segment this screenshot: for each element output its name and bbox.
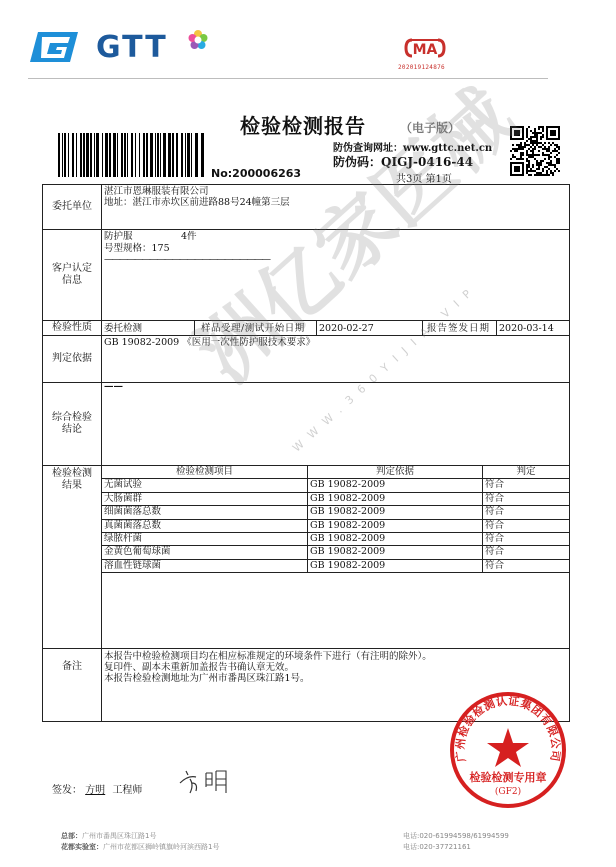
sample-name: 防护服	[104, 231, 133, 242]
result-basis: GB 19082-2009	[307, 546, 482, 558]
report-title: 检验检测报告	[240, 110, 366, 139]
sample-label: 客户认定信息	[43, 230, 102, 320]
remarks-label: 备注	[43, 649, 102, 721]
inspection-row: 检验性质 委托检测 样品受理/测试开始日期 2020-02-27 报告签发日期 …	[43, 321, 569, 336]
result-basis: GB 19082-2009	[307, 560, 482, 572]
results-table: 检验检测项目 判定依据 判定 无菌试验GB 19082-2009符合大肠菌群GB…	[102, 466, 569, 573]
official-seal-icon: 广州检验检测认证集团有限公司 检验检测专用章 (GF2)	[448, 690, 568, 810]
client-company: 湛江市恩琳服装有限公司	[104, 186, 209, 197]
svg-text:MA: MA	[413, 42, 438, 58]
conclusion-label: 综合检验结论	[43, 383, 102, 465]
inspection-type-value: 委托检测	[104, 323, 142, 334]
hq-address: 广州市番禺区珠江路1号	[82, 832, 156, 840]
lab-label: 花都实验室：	[61, 843, 103, 851]
client-row: 委托单位 湛江市恩琳服装有限公司 地址：湛江市赤坎区前进路88号24幢第三层	[43, 185, 569, 230]
lab-phone: 电话:020-37721161	[403, 842, 471, 852]
divider	[316, 321, 317, 335]
basis-label: 判定依据	[43, 336, 102, 382]
basis-value: GB 19082-2009 《医用一次性防护服技术要求》	[104, 337, 315, 348]
divider	[194, 321, 195, 335]
result-verdict: 符合	[482, 506, 569, 518]
doc-no-label: No:	[211, 167, 232, 180]
header-divider	[274, 78, 548, 79]
cma-number: 202019124876	[398, 64, 445, 71]
result-basis: GB 19082-2009	[307, 493, 482, 505]
verify-code-value: QIGJ-0416-44	[381, 155, 473, 169]
sample-spec: 号型规格：175	[104, 243, 170, 254]
client-address: 地址：湛江市赤坎区前进路88号24幢第三层	[104, 197, 290, 208]
header-divider	[28, 78, 274, 79]
table-row: 细菌菌落总数GB 19082-2009符合	[102, 506, 569, 519]
document-number: No:200006263	[211, 167, 301, 180]
result-verdict: 符合	[482, 546, 569, 558]
brand-name: GTT	[96, 30, 168, 65]
results-label: 检验检测结果	[43, 466, 102, 648]
result-basis: GB 19082-2009	[307, 533, 482, 545]
result-basis: GB 19082-2009	[307, 506, 482, 518]
header-verdict: 判定	[482, 466, 569, 478]
flower-logo-icon	[188, 30, 208, 50]
start-date-value: 2020-02-27	[319, 323, 374, 334]
result-verdict: 符合	[482, 493, 569, 505]
result-item: 绿脓杆菌	[102, 533, 309, 545]
signoff-label: 签发：	[52, 785, 82, 796]
signoff-title: 工程师	[112, 785, 142, 796]
remark-line: 本报告中检验检测项目均在相应标准规定的环境条件下进行（有注明的除外）。	[104, 651, 432, 662]
footer-lab: 花都实验室：广州市花都区狮岭镇旗岭河滨西路1号	[61, 842, 219, 852]
lab-address: 广州市花都区狮岭镇旗岭河滨西路1号	[103, 843, 219, 851]
result-item: 大肠菌群	[102, 493, 309, 505]
conclusion-row: 综合检验结论 ——	[43, 383, 569, 466]
report-table: 委托单位 湛江市恩琳服装有限公司 地址：湛江市赤坎区前进路88号24幢第三层 客…	[42, 184, 570, 722]
result-item: 真菌菌落总数	[102, 520, 309, 532]
issue-date-label: 报告签发日期	[427, 323, 490, 334]
svg-text:检验检测专用章: 检验检测专用章	[470, 770, 547, 784]
results-row: 检验检测结果 检验检测项目 判定依据 判定 无菌试验GB 19082-2009符…	[43, 466, 569, 649]
edition-label: （电子版）	[400, 119, 460, 136]
result-basis: GB 19082-2009	[307, 520, 482, 532]
result-verdict: 符合	[482, 533, 569, 545]
result-item: 溶血性链球菌	[102, 560, 309, 572]
signoff-name: 方明	[85, 785, 105, 796]
results-header: 检验检测项目 判定依据 判定	[102, 466, 569, 479]
table-row: 无菌试验GB 19082-2009符合	[102, 479, 569, 492]
footer-hq: 总部：广州市番禺区珠江路1号	[61, 831, 156, 841]
result-basis: GB 19082-2009	[307, 479, 482, 491]
table-row: 真菌菌落总数GB 19082-2009符合	[102, 520, 569, 533]
sample-quantity: 4件	[181, 231, 197, 242]
client-label: 委托单位	[43, 185, 102, 229]
divider	[422, 321, 423, 335]
svg-text:(GF2): (GF2)	[495, 786, 521, 797]
remark-line: 本报告检验检测地址为广州市番禺区珠江路1号。	[104, 673, 310, 684]
sample-row: 客户认定信息 防护服 4件 号型规格：175 —————————————————…	[43, 230, 569, 321]
gtt-logo-icon	[28, 30, 80, 64]
verify-code-label: 防伪码：	[333, 155, 381, 169]
header-basis: 判定依据	[307, 466, 482, 478]
table-row: 绿脓杆菌GB 19082-2009符合	[102, 533, 569, 546]
remark-line: 复印件、副本未重新加盖报告书确认章无效。	[104, 662, 294, 673]
result-verdict: 符合	[482, 479, 569, 491]
result-verdict: 符合	[482, 520, 569, 532]
result-item: 金黄色葡萄球菌	[102, 546, 309, 558]
conclusion-value: ——	[104, 381, 123, 392]
cma-certification-icon: MA	[404, 37, 446, 59]
start-date-label: 样品受理/测试开始日期	[201, 323, 305, 334]
basis-row: 判定依据 GB 19082-2009 《医用一次性防护服技术要求》	[43, 336, 569, 383]
hq-phone: 电话:020-61994598/61994599	[403, 831, 509, 841]
handwritten-signature-icon	[176, 765, 236, 797]
verify-code: 防伪码：QIGJ-0416-44	[333, 153, 473, 170]
table-row: 溶血性链球菌GB 19082-2009符合	[102, 560, 569, 573]
header-item: 检验检测项目	[102, 466, 307, 478]
hq-label: 总部：	[61, 832, 82, 840]
table-row: 大肠菌群GB 19082-2009符合	[102, 493, 569, 506]
result-verdict: 符合	[482, 560, 569, 572]
table-row: 金黄色葡萄球菌GB 19082-2009符合	[102, 546, 569, 559]
result-item: 无菌试验	[102, 479, 309, 491]
issue-date-value: 2020-03-14	[499, 323, 554, 334]
doc-no-value: 200006263	[232, 167, 301, 180]
divider	[496, 321, 497, 335]
barcode-icon	[58, 133, 204, 177]
verify-url: 防伪查询网址：www.gttc.net.cn	[333, 139, 492, 154]
signoff: 签发： 方明 工程师	[52, 781, 142, 796]
page-indicator: 共3页 第1页	[396, 170, 452, 185]
qr-code-icon[interactable]	[510, 126, 560, 176]
inspection-type-label: 检验性质	[43, 321, 102, 335]
sample-separator: ——————————————————————	[104, 254, 269, 265]
result-item: 细菌菌落总数	[102, 506, 309, 518]
